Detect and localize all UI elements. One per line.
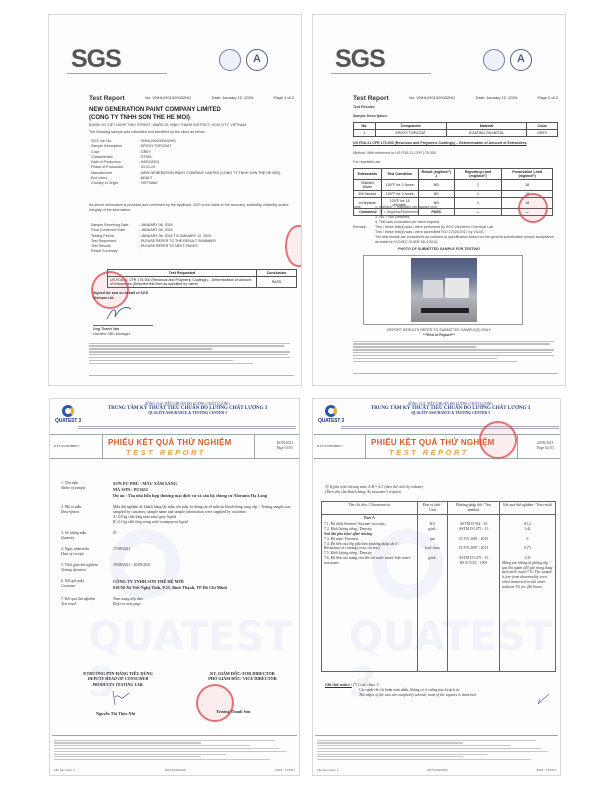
field-label: 6. Nơi gửi mẫuCustomer	[61, 579, 113, 591]
sample-field: 7. Kết quả thử nghiệmTest resultXem tran…	[61, 597, 297, 607]
field-value: Xem trang tiếp theoRefer to next page	[113, 597, 297, 607]
field-value: 18/08/2021 - 20/09/2021	[113, 563, 297, 573]
org-line-3: QUALITY ASSURANCE & TESTING CENTER 3	[343, 411, 558, 415]
characteristic: 7.6. Độ bền của màng sơn đối với nước mu…	[324, 556, 415, 566]
field-value-2: Refer to next page	[113, 602, 141, 606]
test-results-label: Test Results:	[353, 105, 375, 110]
logo-rule	[67, 73, 167, 74]
field-label: 2. Mô tả mẫuDescription	[61, 505, 113, 525]
info-row: Country of Origin: VIETNAM	[91, 181, 291, 186]
sample-field: 4. Ngày nhận mẫuDate of receipt17/08/202…	[61, 547, 297, 557]
result: 0 (*)	[502, 546, 553, 556]
quatest-logo: QUATEST 3	[54, 405, 82, 424]
method-cell: ASTM D 562 - 10ASTM D 1475 - 13 TCVN 209…	[448, 521, 500, 671]
doc-code: KT3-0503ĐHH0/7	[317, 444, 343, 448]
column-header: Result (mg/inch²) 1	[418, 169, 454, 180]
report-header: Test Report No. VNHL2401000432HG Date: J…	[89, 95, 294, 102]
signature-icon	[105, 303, 135, 323]
field-value: SƠN PU PHỦ - MÀU XÁM SÁNGMÃ SƠN : PU3652…	[113, 481, 297, 499]
table-row: 1 EPOXY TOPCOAT COATING ON METAL GREY	[354, 130, 558, 137]
quatest-report-page-2: QUATEST 3 QUATEST 3 TỔNG CỤC TIÊU CHUẨN …	[312, 398, 561, 776]
table-cell: ND	[418, 191, 454, 198]
part-label: Part A	[322, 514, 418, 521]
unit: loại/ class	[420, 546, 445, 556]
characteristic: 7.4. Độ bền của lớp phủ theo phương pháp…	[324, 542, 415, 552]
org-line-3: QUALITY ASSURANCE & TESTING CENTER 3	[80, 411, 295, 415]
quatest-logo: QUATEST 3	[317, 405, 345, 424]
field-label: 3. Số lượng mẫuQuantity	[61, 531, 113, 541]
mix-note-text: (Theo yêu cầu khách hàng/ As customer's …	[325, 490, 401, 494]
sample-table: No. Component Material Color 1 EPOXY TOP…	[353, 122, 558, 137]
table-cell: 1	[454, 191, 502, 198]
sig-left-name: Nguyễn Thị Thúy Nhi	[96, 711, 135, 716]
field-value: CÔNG TY TNHH SƠN THẾ HỆ MỚI818/50 Xô Viế…	[113, 579, 297, 591]
table-cell: Distilled Water	[354, 180, 382, 191]
table-cell	[418, 514, 448, 521]
signature-left: P.TRƯỞNG PTN HÀNG TIÊU DÙNG DEPUTY HEAD …	[68, 671, 168, 687]
field-label-vn: 3. Số lượng mẫu	[61, 531, 86, 535]
field-value-2: 818/50 Xô Viết Nghệ Tĩnh, P.25, Bình Thạ…	[113, 585, 227, 590]
field-label-en: Customer	[61, 584, 113, 589]
table-row: US FDA 21 CFR 175.300 (Resinous and Poly…	[108, 277, 297, 288]
result: 6	[502, 537, 553, 547]
result-cell: 81,21,41 60 (*)1,31Màng sơn không bị phồ…	[500, 521, 556, 671]
remark-item: The test results are considered as confo…	[375, 235, 555, 245]
sig-left-title-en1: DEPUTY HEAD OF CONSUMER	[88, 676, 149, 681]
dates-info-list: Sample Receiving Date: JANUARY 06, 2024F…	[91, 223, 291, 255]
quatest-logo-icon	[62, 405, 74, 417]
field-value: Mẫu thử nghiệm do khách hàng lấy mẫu, tê…	[113, 505, 297, 525]
table-row: Part A	[322, 514, 556, 521]
field-label-vn: 5. Thời gian thử nghiệm	[61, 563, 98, 567]
signature-line	[93, 325, 153, 326]
org-header: TỔNG CỤC TIÊU CHUẨN ĐO LƯỜNG CHẤT LƯỢNG …	[343, 402, 558, 415]
intro-text: The following sample was submitted and i…	[89, 130, 299, 135]
table-cell: ND	[418, 180, 454, 191]
sample-field: 2. Mô tả mẫuDescriptionMẫu thử nghiệm do…	[61, 505, 297, 525]
usage-text: For repeated use	[353, 160, 380, 165]
footer-left: Lần ban hành: 1	[54, 768, 76, 772]
column-header: Extractants	[354, 169, 382, 180]
table-cell: 18	[502, 180, 553, 191]
company-address: 818/50 XO VIET NGHE TINH STREET, WARD 25…	[89, 123, 299, 128]
field-value-main: CÔNG TY TNHH SƠN THẾ HỆ MỚI	[113, 579, 184, 584]
field-value-main: 17/08/2021	[113, 547, 297, 552]
field-label-en: Description	[61, 510, 113, 515]
company-name-en: NEW GENERATION PAINT COMPANY LIMITED	[89, 107, 221, 115]
company-address-block: 818/50 XO VIET NGHE TINH STREET, WARD 25…	[89, 123, 299, 135]
col-material: Material	[446, 123, 527, 130]
column-header: Test Condition	[381, 169, 418, 180]
terms-fineprint	[353, 339, 558, 364]
initial-mark-icon	[537, 693, 551, 705]
mix-ratio-text: Tỷ lệ pha trộn/ mixing ratio A:B = 4:1 (…	[325, 485, 423, 489]
info-value: :	[139, 249, 291, 254]
sgs-logo: SGS	[71, 45, 121, 74]
footer-notes	[52, 735, 297, 762]
col-test-method: Phương pháp thử / Test method	[448, 502, 500, 515]
table-cell: 8% Alcohol	[354, 191, 382, 198]
table-cell: 100°F for 2 hours	[381, 180, 418, 191]
sample-field: 6. Nơi gửi mẫuCustomerCÔNG TY TNHH SƠN T…	[61, 579, 297, 591]
signer-title: Hardline SBU Manager	[93, 332, 130, 337]
info-value: : VIETNAM	[139, 181, 291, 186]
field-label-vn: 6. Nơi gửi mẫu	[61, 579, 84, 583]
sgs-logo: SGS	[335, 45, 385, 74]
unit: µm	[420, 537, 445, 547]
col-no: No.	[354, 123, 376, 130]
disclaimer: As above information is provided and con…	[89, 203, 294, 213]
photo-title: PHOTO OF SUBMITTED SAMPLE FOR TESTING	[313, 247, 565, 252]
sample-info-list: SGS Job No.: VNHL2401000432HGSample Desc…	[91, 139, 291, 187]
notice: Ghi chú/ notice : (*) Loại/ class: 0 Các…	[325, 683, 477, 698]
field-label-vn: 1. Tên mẫu	[61, 481, 78, 485]
end-of-report: ***End of Report***	[313, 333, 565, 338]
title-vn: PHIẾU KẾT QUẢ THỬ NGHIỆM	[371, 438, 495, 447]
method: TCVN 2097 : 2015	[450, 546, 497, 556]
column-header: Reporting Limit (mg/inch²)	[454, 169, 502, 180]
sig-left-title-en2: PRODUCTS TESTING LAB.	[92, 682, 143, 687]
mixing-ratio: Tỷ lệ pha trộn/ mixing ratio A:B = 4:1 (…	[325, 485, 423, 495]
report-date: Date: January 12, 2024	[476, 95, 518, 102]
signed-for: Signed for and on behalf of SGS Vietnam …	[93, 291, 153, 301]
title-band: KT3-0503ĐHH0/7 PHIẾU KẾT QUẢ THỬ NGHIỆM …	[50, 434, 299, 459]
sample-field: 3. Số lượng mẫuQuantity01	[61, 531, 297, 541]
unit-cell: KUg/mL µmloại/ classg/mL	[418, 521, 448, 671]
column-header: Permissible Limit (mg/inch²)	[502, 169, 553, 180]
remarks-list: This / these test(s) was / were performe…	[375, 225, 555, 245]
info-row: Result Summary:	[91, 249, 291, 254]
result: Màng sơn không bị phồng rộp sau khi ngâm…	[502, 561, 553, 590]
field-label-en: Name of sample	[61, 486, 113, 491]
table-row: Distilled Water100°F for 2 hoursND118	[354, 180, 553, 191]
sgs-report-page-2: SGS A Test Report No. VNHL2401000432HG D…	[312, 14, 566, 386]
field-label-en: Test result	[61, 602, 113, 607]
sig-right-name: Trương Thanh Sơn	[216, 709, 250, 714]
col-characteristic: Tên chỉ tiêu / Characteristic	[322, 502, 418, 515]
test-results-table: Tên chỉ tiêu / Characteristic Đơn vị tín…	[321, 501, 556, 672]
page-number: Page 02/ 03	[537, 446, 554, 451]
field-label-en: Quantity	[61, 536, 113, 541]
terms-fineprint	[89, 341, 294, 366]
report-date: Date: January 12, 2024	[212, 95, 254, 102]
date-page: 20/09/2021 Page 02/ 03	[537, 441, 554, 451]
quatest-wordmark: QUATEST 3	[317, 418, 345, 424]
field-value-3: B: 0,1 kg chất lỏng trong suốt/ transpar…	[113, 520, 188, 524]
footer-rule	[89, 375, 294, 376]
result-summary-table: Test Requested Conclusion US FDA 21 CFR …	[107, 269, 297, 288]
vilas-badge-icon: A	[246, 49, 268, 71]
footer-mid: MKT1(09/2020)	[427, 768, 448, 772]
col-test-requested: Test Requested	[108, 270, 257, 277]
method: TCVN 2091 : 2015	[450, 537, 497, 547]
notice-label: Ghi chú/ notice :	[325, 683, 352, 687]
quatest-report-page-1: QUATEST 3 QUATEST 3 TỔNG CỤC TIÊU CHUẨN …	[49, 398, 300, 776]
field-label-en: Testing duration	[61, 568, 113, 573]
field-label-vn: 4. Ngày nhận mẫu	[61, 547, 89, 551]
date-page: 20/09/2021 Page 01/03	[277, 441, 293, 451]
field-label-vn: 2. Mô tả mẫu	[61, 505, 81, 509]
title-vn: PHIẾU KẾT QUẢ THỬ NGHIỆM	[108, 438, 232, 447]
method: JIS K 5151 - 1991	[450, 561, 497, 571]
footer-mid: MKT1(09/2020)	[165, 768, 186, 772]
info-label: Country of Origin	[91, 181, 139, 186]
method-text: Method: With reference to US FDA 21 CFR …	[353, 151, 436, 156]
quatest-wordmark: QUATEST 3	[54, 418, 82, 424]
col-color: Color	[527, 123, 558, 130]
footer-meta: Lần ban hành: 1 MKT1(09/2020) 0003 - 1T3…	[317, 768, 556, 772]
col-test-result: Kết quả thử nghiệm / Test result	[500, 502, 556, 515]
logo-rule	[331, 73, 431, 74]
info-label: Result Summary	[91, 249, 139, 254]
sample-fields: 1. Tên mẫuName of sampleSƠN PU PHỦ - MÀU…	[61, 481, 297, 613]
title-en: TEST REPORT	[389, 448, 469, 457]
field-value-main: 18/08/2021 - 20/09/2021	[113, 563, 297, 568]
field-label: 4. Ngày nhận mẫuDate of receipt	[61, 547, 113, 557]
field-value-main: SƠN PU PHỦ - MÀU XÁM SÁNG	[113, 481, 177, 486]
company-name: NEW GENERATION PAINT COMPANY LIMITED (CO…	[89, 107, 221, 122]
footer-right: 0003 - 1T3307	[275, 768, 295, 772]
field-label-vn: 7. Kết quả thử nghiệm	[61, 597, 95, 601]
field-value-2: A: 0,8 kg chất lỏng màu xám/ grey liquid	[113, 515, 176, 519]
table-cell: 100°F for 2 hours	[381, 191, 418, 198]
table-cell	[448, 514, 500, 521]
org-header: TỔNG CỤC TIÊU CHUẨN ĐO LƯỜNG CHẤT LƯỢNG …	[80, 402, 295, 415]
signature-icon	[110, 689, 132, 707]
table-cell: 1	[454, 180, 502, 191]
report-number: No. VNHL2401000432HG	[145, 95, 191, 102]
field-label-en: Date of receipt	[61, 552, 113, 557]
quatest-stamp	[479, 421, 517, 459]
sample-field: 5. Thời gian thử nghiệmTesting duration1…	[61, 563, 297, 573]
note-label: Note:	[353, 205, 362, 210]
notice-line-3: The edges of the cuts are completely smo…	[359, 693, 477, 697]
page-number: Page 2 of 2	[538, 95, 558, 102]
footer-rule	[353, 373, 558, 374]
page-number: Page 1 of 2	[274, 95, 294, 102]
col-component: Component	[375, 123, 446, 130]
edge-stamp	[285, 225, 302, 267]
lab-stamp	[518, 193, 548, 223]
field-value-main: Mẫu thử nghiệm do khách hàng lấy mẫu, tê…	[113, 505, 297, 515]
field-label: 5. Thời gian thử nghiệmTesting duration	[61, 563, 113, 573]
footer-meta: Lần ban hành: 1 MKT1(09/2020) 0003 - 1T3…	[54, 768, 295, 772]
field-value-main: 01	[113, 531, 297, 536]
signature-right: KT. GIÁM ĐỐC/ FOR DIRECTOR PHÓ GIÁM ĐỐC/…	[190, 671, 295, 682]
report-title: Test Report	[353, 95, 389, 102]
field-label: 1. Tên mẫuName of sample	[61, 481, 113, 499]
org-address	[341, 425, 559, 430]
doc-code: KT3-0503ĐHH0/7	[54, 444, 80, 448]
footer-notes	[315, 735, 558, 762]
report-title: Test Report	[89, 95, 125, 102]
vilas-badge-icon: A	[510, 49, 532, 71]
quatest-stamp	[196, 684, 234, 722]
org-address	[78, 425, 296, 430]
report-header: Test Report No. VNHL2401000432HG Date: J…	[353, 95, 558, 102]
sample-photo	[411, 258, 477, 322]
notes-list: 1. mg/inch² = milligram per square inch2…	[375, 205, 505, 225]
footer-left: Lần ban hành: 1	[317, 768, 339, 772]
field-label: 7. Kết quả thử nghiệmTest result	[61, 597, 113, 607]
sample-photo-frame	[363, 255, 523, 325]
col-unit: Đơn vị tính / Unit	[418, 502, 448, 515]
title-band: KT3-0503ĐHH0/7 PHIẾU KẾT QUẢ THỬ NGHIỆM …	[313, 434, 560, 459]
sig-right-title-2: PHÓ GIÁM ĐỐC/ VICE DIRECTOR	[190, 676, 295, 681]
report-number: No. VNHL2401000432HG	[409, 95, 455, 102]
field-value-3: Dự án : Tòa nhà hỗn hợp thương mại dịch …	[113, 493, 267, 498]
sample-description-label: Sample Description:	[353, 114, 388, 119]
page-number: Page 01/03	[277, 446, 293, 451]
sgs-report-page-1: SGS A Test Report No. VNHL2401000432HG D…	[48, 14, 302, 386]
remark-label: Remark:	[353, 225, 367, 230]
field-value: 01	[113, 531, 297, 541]
accreditation-badge-icon	[483, 49, 505, 71]
method-title: US FDA 21 CFR 175.300 (Resinous and Poly…	[353, 141, 558, 146]
company-name-vn: (CONG TY TNHH SON THE HE MOI)	[89, 115, 221, 123]
unit	[420, 561, 445, 571]
accreditation-badge-icon	[219, 49, 241, 71]
field-value: 17/08/2021	[113, 547, 297, 557]
table-row: 7.1. Độ nhớt Stormer/ Stormer viscosity,…	[322, 521, 556, 671]
notice-line-1: (*) Loại/ class: 0	[353, 683, 379, 687]
title-en: TEST REPORT	[126, 448, 206, 457]
quatest-logo-icon	[325, 405, 337, 417]
table-cell	[500, 514, 556, 521]
col-conclusion: Conclusion	[257, 270, 297, 277]
sample-field: 1. Tên mẫuName of sampleSƠN PU PHỦ - MÀU…	[61, 481, 297, 499]
characteristic-cell: 7.1. Độ nhớt Stormer/ Stormer viscosity,…	[322, 521, 418, 671]
field-value-2: MÃ SƠN : PU3652	[113, 487, 148, 492]
footer-right: 0003 - 1T3307	[536, 768, 556, 772]
